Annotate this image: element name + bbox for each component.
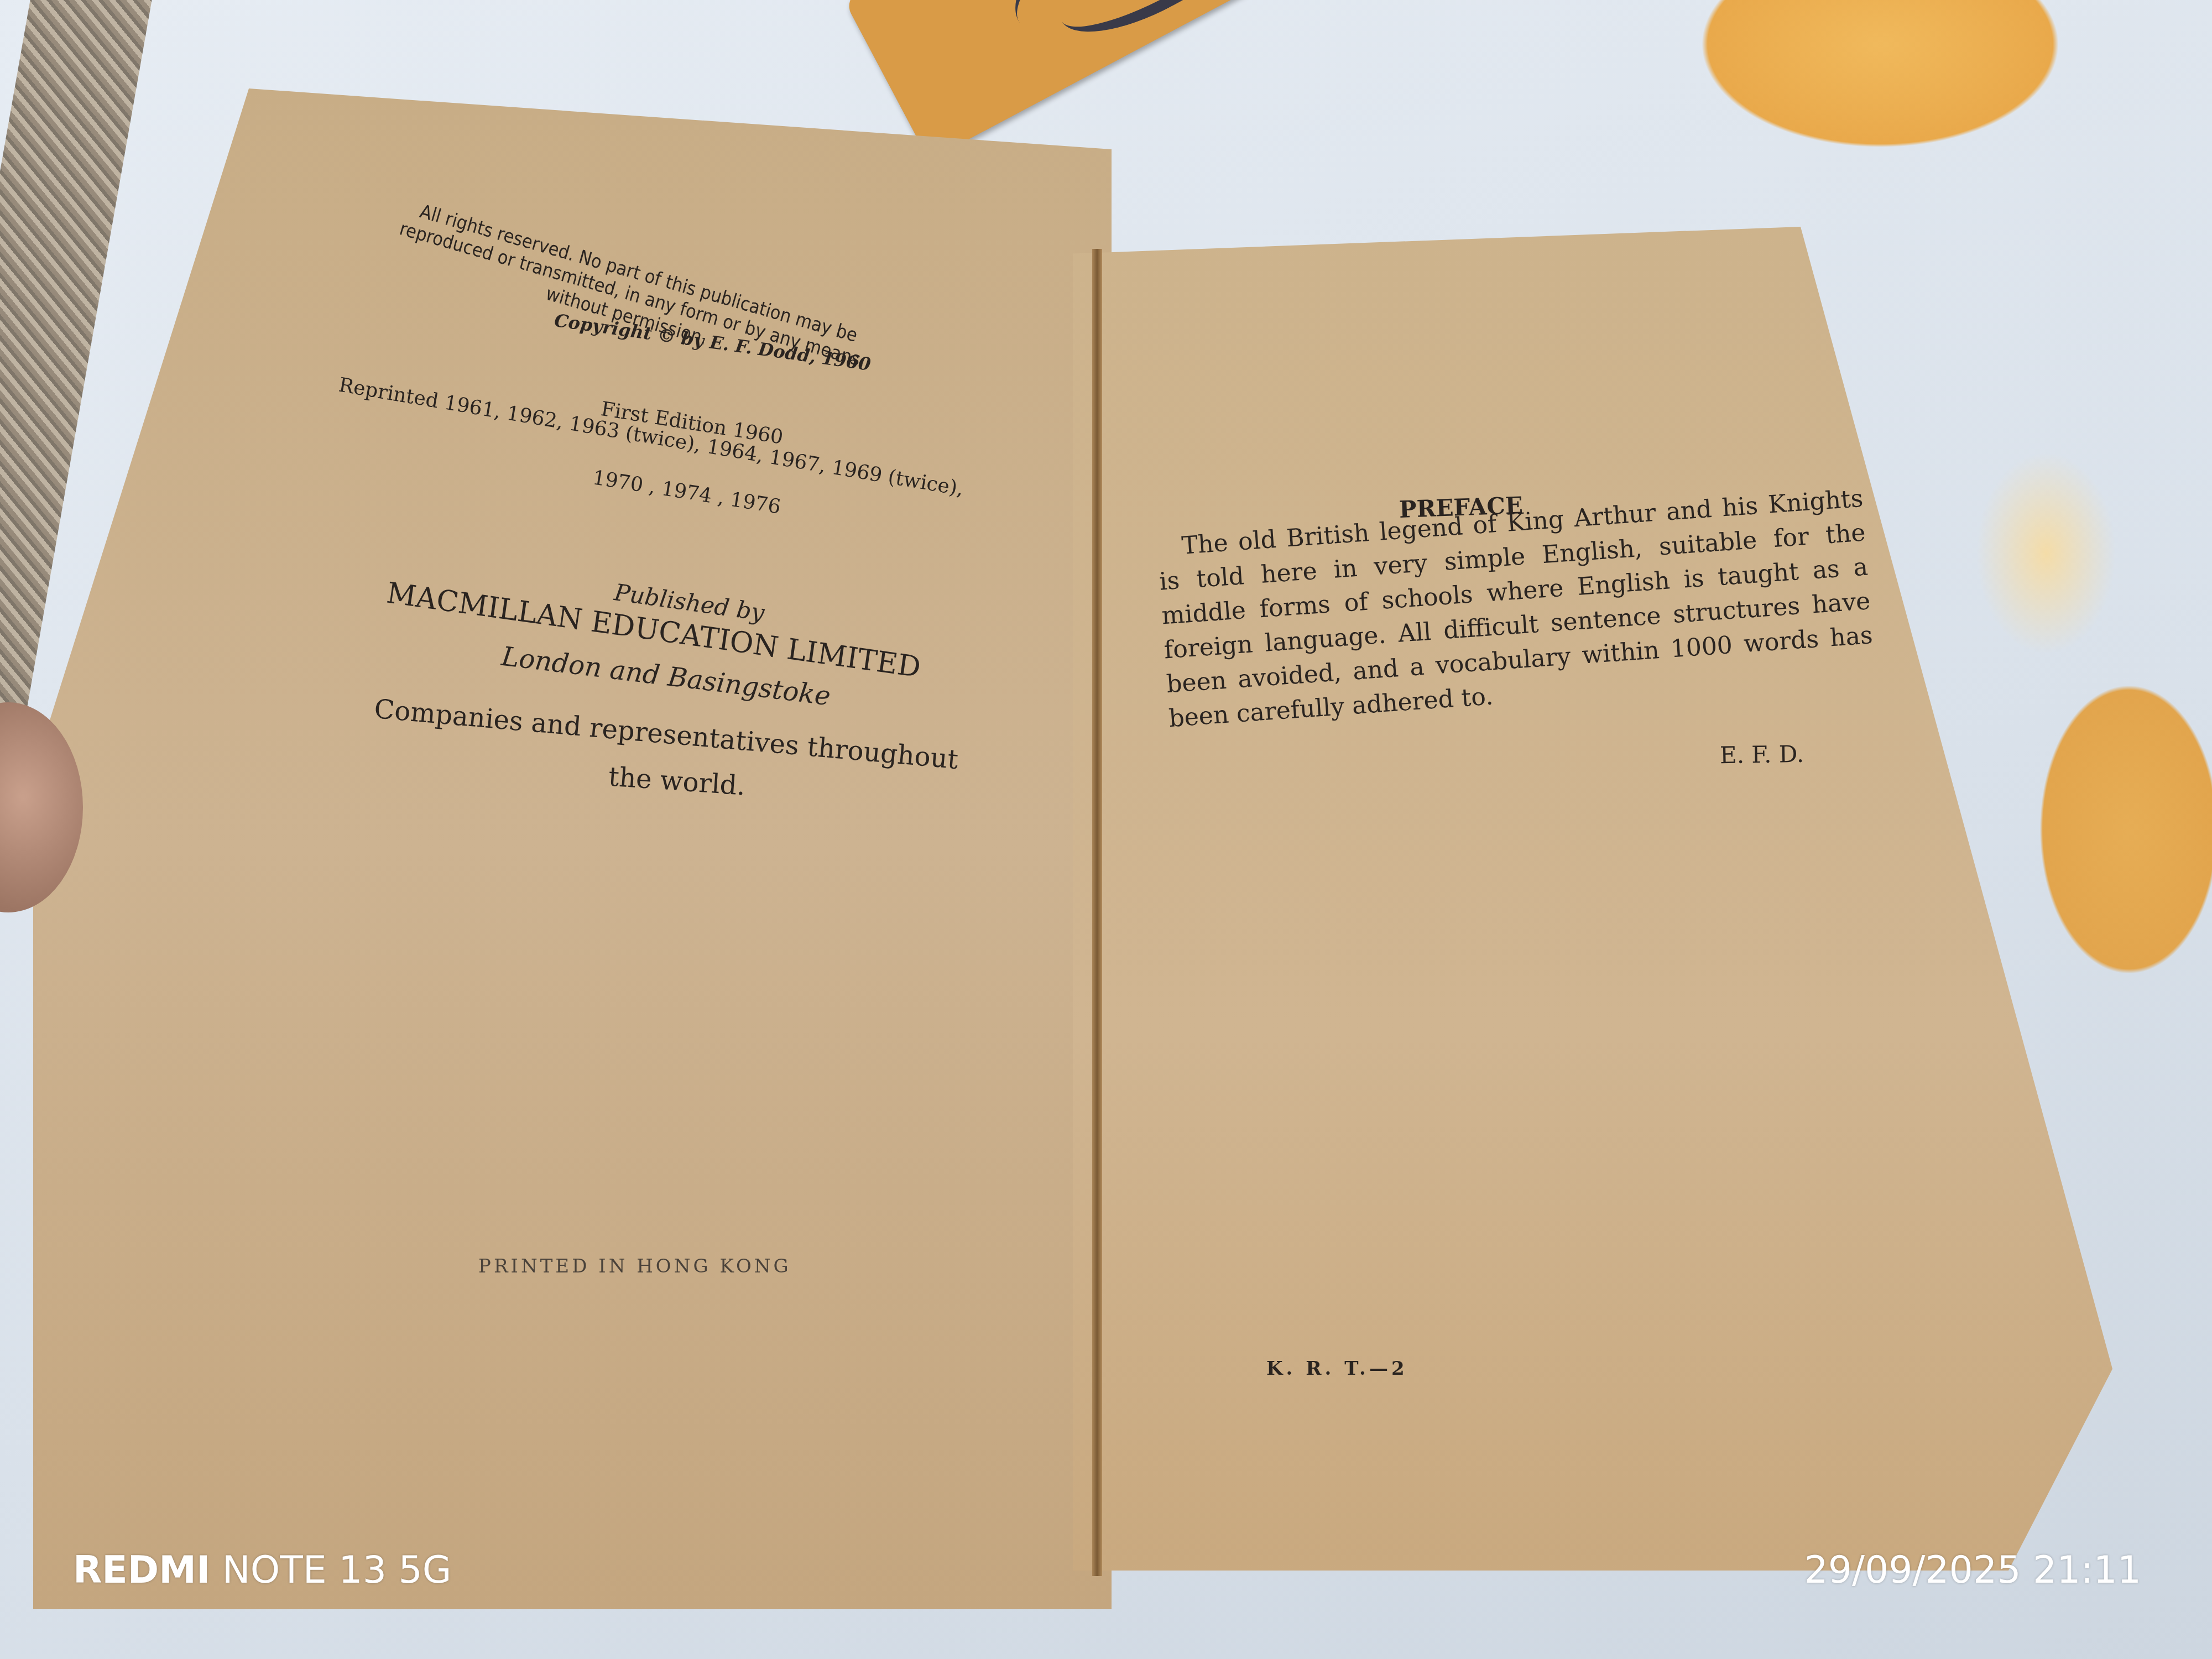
camera-model: NOTE 13 5G [222, 1548, 452, 1592]
signature-mark: K. R. T.—2 [1266, 1358, 1408, 1380]
preface-signature: E. F. D. [1720, 740, 1804, 769]
book-spine [1092, 249, 1102, 1576]
printed-in-line: PRINTED IN HONG KONG [478, 1255, 791, 1277]
camera-brand: REDMI [73, 1548, 210, 1592]
camera-watermark-model: REDMI NOTE 13 5G [73, 1548, 451, 1592]
camera-watermark-datetime: 29/09/2025 21:11 [1804, 1548, 2141, 1592]
